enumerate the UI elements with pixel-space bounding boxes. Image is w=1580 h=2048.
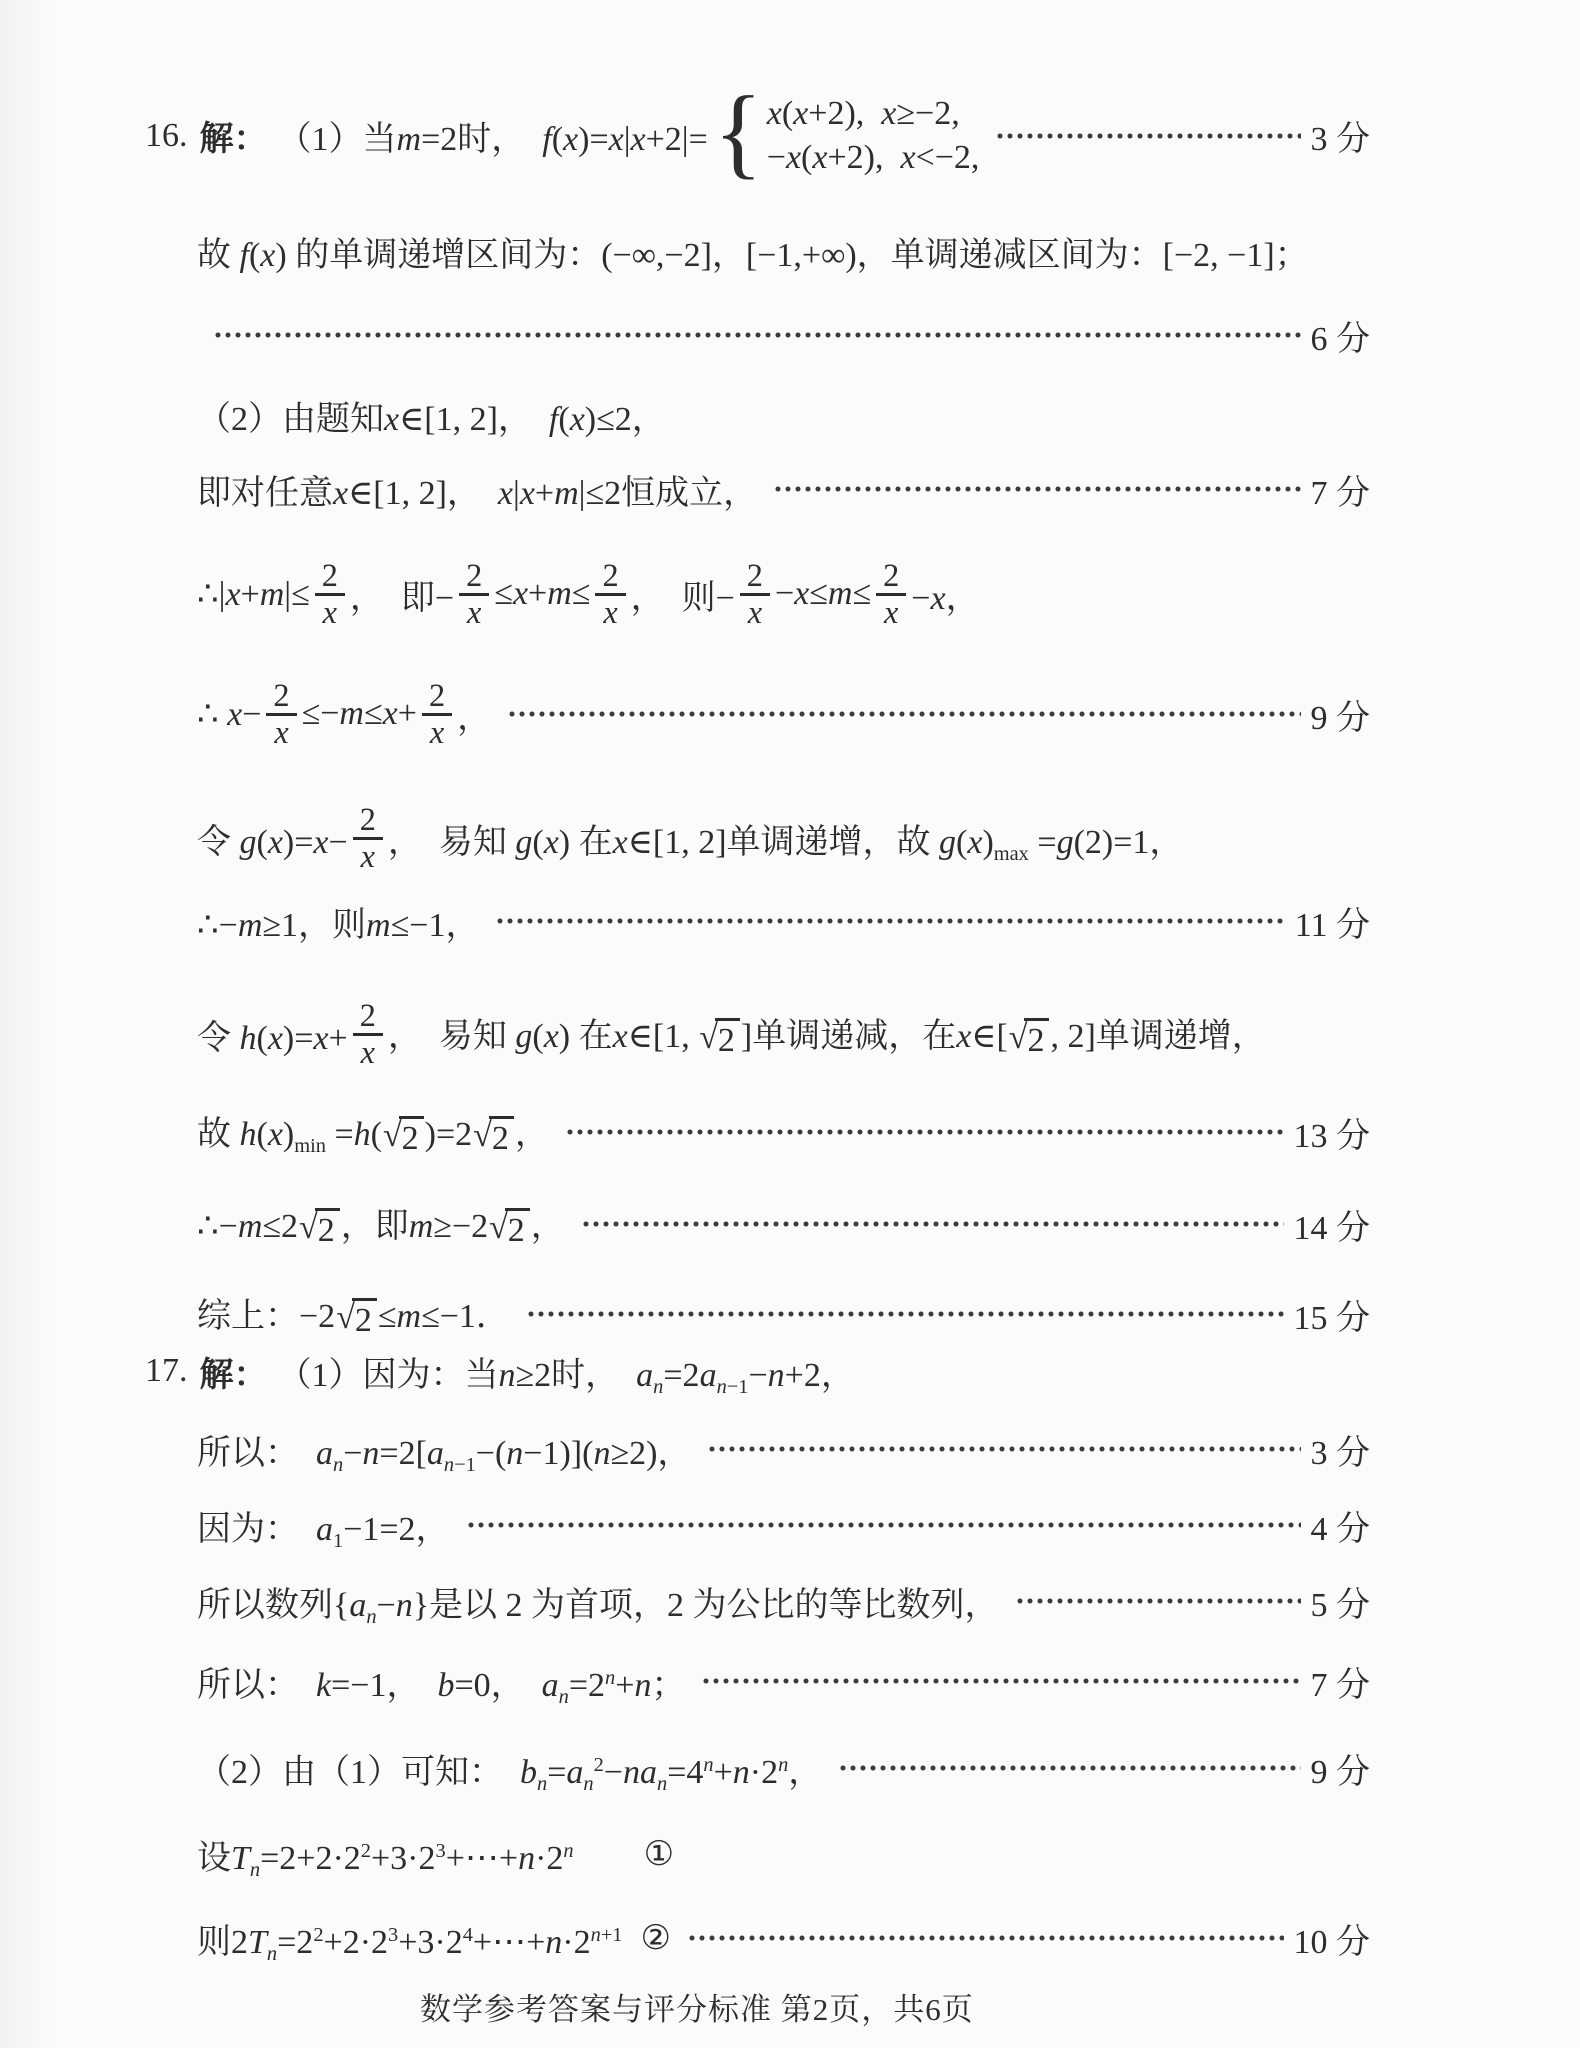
score-label: 15 分: [1294, 1290, 1371, 1339]
answer-line-15: 所以： an−n=2[an−1−(n−1)](n≥2)，3 分: [197, 1424, 1370, 1474]
sqrt-radical: √2: [383, 1116, 424, 1157]
answer-line-6: ∴|x+m|≤2x， 即−2x≤x+m≤2x， 则−2x−x≤m≤2x−x，: [197, 548, 1370, 640]
answer-line-7: ∴ x−2x≤−m≤x+2x，9 分: [197, 668, 1370, 760]
cases-brace: {: [714, 90, 763, 177]
math-text: 17.: [145, 1352, 188, 1390]
answer-line-10: 令 h(x)=x+2x， 易知 g(x) 在x∈[1, √2]单调递减，在x∈[…: [197, 988, 1370, 1080]
score-label: 13 分: [1294, 1108, 1371, 1157]
sqrt-radical: √2: [1009, 1018, 1050, 1059]
answer-line-5: 即对任意x∈[1, 2]， x|x+m|≤2恒成立，7 分: [197, 466, 1370, 512]
score-label: 3 分: [1311, 1425, 1371, 1474]
dotted-leader: [838, 1764, 1300, 1772]
fraction: 2x: [459, 559, 489, 630]
dotted-leader: [526, 1310, 1284, 1318]
dotted-leader: [466, 1521, 1301, 1529]
math-text: （1）因为：当n≥2时， an=2an−1−n+2，: [278, 1347, 855, 1396]
math-text: 16.: [145, 117, 188, 155]
subscript: n: [537, 1773, 547, 1795]
answer-line-2: 故 f(x) 的单调递增区间为：(−∞,−2]，[−1,+∞)，单调递减区间为：…: [197, 228, 1370, 274]
subscript: n: [559, 1686, 569, 1708]
cases-row: −x(x+2), x<−2,: [767, 139, 980, 177]
math-text: ， 则−: [631, 570, 735, 619]
subscript: n: [267, 1943, 277, 1965]
math-text: 故 f(x) 的单调递增区间为：(−∞,−2]，[−1,+∞)，单调递减区间为：…: [197, 227, 1309, 276]
answer-line-19: （2）由（1）可知： bn=an2−nan=4n+n·2n，9 分: [197, 1740, 1370, 1796]
math-text: 令 h(x)=x+: [197, 1010, 348, 1059]
answer-line-11: 故 h(x)min =h(√2)=2√2，13 分: [197, 1104, 1370, 1160]
math-text: 所以： k=−1， b=0， an=2n+n；: [197, 1657, 685, 1706]
dotted-leader: [687, 1934, 1284, 1942]
math-text: −x，: [911, 570, 979, 619]
dotted-leader: [581, 1220, 1284, 1228]
page-footer: 数学参考答案与评分标准 第2页，共6页: [420, 1984, 974, 2029]
dotted-leader: [1015, 1597, 1301, 1605]
document-page: 16.解：（1）当m=2时， f(x)=x|x+2|={x(x+2), x≥−2…: [0, 0, 1580, 2048]
math-text: ①: [644, 1834, 674, 1874]
fraction: 2x: [353, 803, 383, 874]
answer-line-17: 所以数列{an−n}是以 2 为首项，2 为公比的等比数列，5 分: [197, 1578, 1370, 1624]
math-text: ≤x+m≤: [494, 575, 590, 613]
answer-line-16: 因为： a1−1=2，4 分: [197, 1502, 1370, 1548]
solution-label: 解：: [200, 111, 268, 160]
dotted-leader: [213, 331, 1301, 339]
math-text: ②: [641, 1918, 671, 1958]
superscript: 3: [388, 1923, 398, 1945]
subscript: n: [250, 1859, 260, 1881]
superscript: n+1: [591, 1923, 623, 1945]
superscript: n: [605, 1666, 615, 1688]
fraction: 2x: [595, 559, 625, 630]
math-text: ∴−m≥1，则m≤−1，: [197, 897, 479, 946]
math-text: 所以数列{an−n}是以 2 为首项，2 为公比的等比数列，: [197, 1577, 999, 1626]
fraction: 2x: [266, 679, 296, 750]
math-text: ∴ x−: [197, 694, 261, 734]
answer-line-18: 所以： k=−1， b=0， an=2n+n；7 分: [197, 1656, 1370, 1706]
math-text: 则2Tn=22+2·23+3·24+⋯+n·2n+1: [197, 1914, 623, 1963]
score-label: 11 分: [1295, 897, 1370, 946]
sqrt-radical: √2: [473, 1116, 514, 1157]
answer-line-9: ∴−m≥1，则m≤−1，11 分: [197, 898, 1370, 944]
subscript: n−1: [444, 1454, 476, 1476]
sqrt-radical: √2: [489, 1208, 530, 1249]
math-text: （2）由题知x∈[1, 2]， f(x)≤2，: [197, 391, 666, 440]
math-text: 综上：−2√2≤m≤−1．: [197, 1288, 510, 1339]
subscript: n: [583, 1773, 593, 1795]
dotted-leader: [773, 485, 1300, 493]
math-text: ∴|x+m|≤: [197, 574, 310, 614]
answer-line-21: 则2Tn=22+2·23+3·24+⋯+n·2n+1②10 分: [197, 1910, 1370, 1966]
fraction: 2x: [422, 679, 452, 750]
math-text: ∴−m≤2√2，即m≥−2√2，: [197, 1198, 565, 1249]
fraction: 2x: [353, 999, 383, 1070]
score-label: 9 分: [1311, 1744, 1371, 1793]
superscript: 3: [436, 1839, 446, 1861]
superscript: 2: [313, 1923, 323, 1945]
answer-line-1: 16.解：（1）当m=2时， f(x)=x|x+2|={x(x+2), x≥−2…: [145, 78, 1370, 193]
answer-line-13: 综上：−2√2≤m≤−1．15 分: [197, 1288, 1370, 1340]
superscript: n: [703, 1753, 713, 1775]
sqrt-radical: √2: [299, 1208, 340, 1249]
answer-line-12: ∴−m≤2√2，即m≥−2√2，14 分: [197, 1196, 1370, 1252]
sqrt-radical: √2: [336, 1298, 377, 1339]
dotted-leader: [707, 1445, 1300, 1453]
score-label: 14 分: [1294, 1200, 1371, 1249]
score-label: 7 分: [1311, 1657, 1371, 1706]
superscript: 2: [594, 1753, 604, 1775]
math-text: −x≤m≤: [775, 575, 871, 613]
score-label: 5 分: [1311, 1577, 1371, 1626]
math-text: 因为： a1−1=2，: [197, 1501, 450, 1550]
superscript: 2: [361, 1839, 371, 1861]
sqrt-radical: √2: [699, 1018, 740, 1059]
answer-line-8: 令 g(x)=x−2x， 易知 g(x) 在x∈[1, 2]单调递增，故 g(x…: [197, 792, 1370, 884]
math-text: （2）由（1）可知： bn=an2−nan=4n+n·2n，: [197, 1744, 822, 1793]
subscript: n−1: [717, 1376, 749, 1398]
math-text: ，: [457, 690, 491, 739]
score-label: 6 分: [1311, 311, 1371, 360]
answer-line-3: 6 分: [197, 318, 1370, 352]
math-text: ≤−m≤x+: [302, 695, 417, 733]
score-label: 10 分: [1294, 1914, 1371, 1963]
subscript: 1: [333, 1530, 343, 1552]
subscript: n: [366, 1606, 376, 1628]
math-text: ， 易知 g(x) 在x∈[1, √2]单调递减，在x∈[√2, 2]单调递增，: [388, 1008, 1266, 1059]
math-text: ， 易知 g(x) 在x∈[1, 2]单调递增，故 g(x)max =g(2)=…: [388, 814, 1184, 863]
answer-line-4: （2）由题知x∈[1, 2]， f(x)≤2，: [197, 392, 1370, 438]
superscript: 4: [463, 1923, 473, 1945]
fraction: 2x: [740, 559, 770, 630]
math-text: ， 即−: [350, 570, 454, 619]
cases-row: x(x+2), x≥−2,: [767, 95, 980, 133]
subscript: min: [294, 1135, 326, 1157]
superscript: n: [778, 1753, 788, 1775]
math-text: 所以： an−n=2[an−1−(n−1)](n≥2)，: [197, 1425, 691, 1474]
dotted-leader: [565, 1128, 1284, 1136]
math-text: 故 h(x)min =h(√2)=2√2，: [197, 1106, 549, 1157]
answer-line-14: 17.解：（1）因为：当n≥2时， an=2an−1−n+2，: [145, 1348, 1370, 1394]
math-text: （1）当m=2时， f(x)=x|x+2|=: [278, 111, 708, 160]
math-text: 令 g(x)=x−: [197, 814, 348, 863]
score-label: 9 分: [1311, 690, 1371, 739]
fraction: 2x: [876, 559, 906, 630]
superscript: n: [563, 1839, 573, 1861]
solution-label: 解：: [200, 1347, 268, 1396]
subscript: n: [333, 1454, 343, 1476]
dotted-leader: [995, 132, 1300, 140]
dotted-leader: [495, 917, 1284, 925]
answer-line-20: 设Tn=2+2·22+3·23+⋯+n·2n①: [197, 1826, 1370, 1882]
piecewise-cases: {x(x+2), x≥−2,−x(x+2), x<−2,: [714, 92, 980, 179]
subscript: n: [657, 1773, 667, 1795]
dotted-leader: [507, 710, 1300, 718]
math-text: 即对任意x∈[1, 2]， x|x+m|≤2恒成立，: [197, 465, 757, 514]
score-label: 7 分: [1311, 465, 1371, 514]
score-label: 3 分: [1311, 111, 1371, 160]
dotted-leader: [701, 1677, 1300, 1685]
subscript: n: [653, 1376, 663, 1398]
math-text: 设Tn=2+2·22+3·23+⋯+n·2n: [197, 1830, 574, 1879]
score-label: 4 分: [1311, 1501, 1371, 1550]
subscript: max: [994, 843, 1029, 865]
fraction: 2x: [315, 559, 345, 630]
